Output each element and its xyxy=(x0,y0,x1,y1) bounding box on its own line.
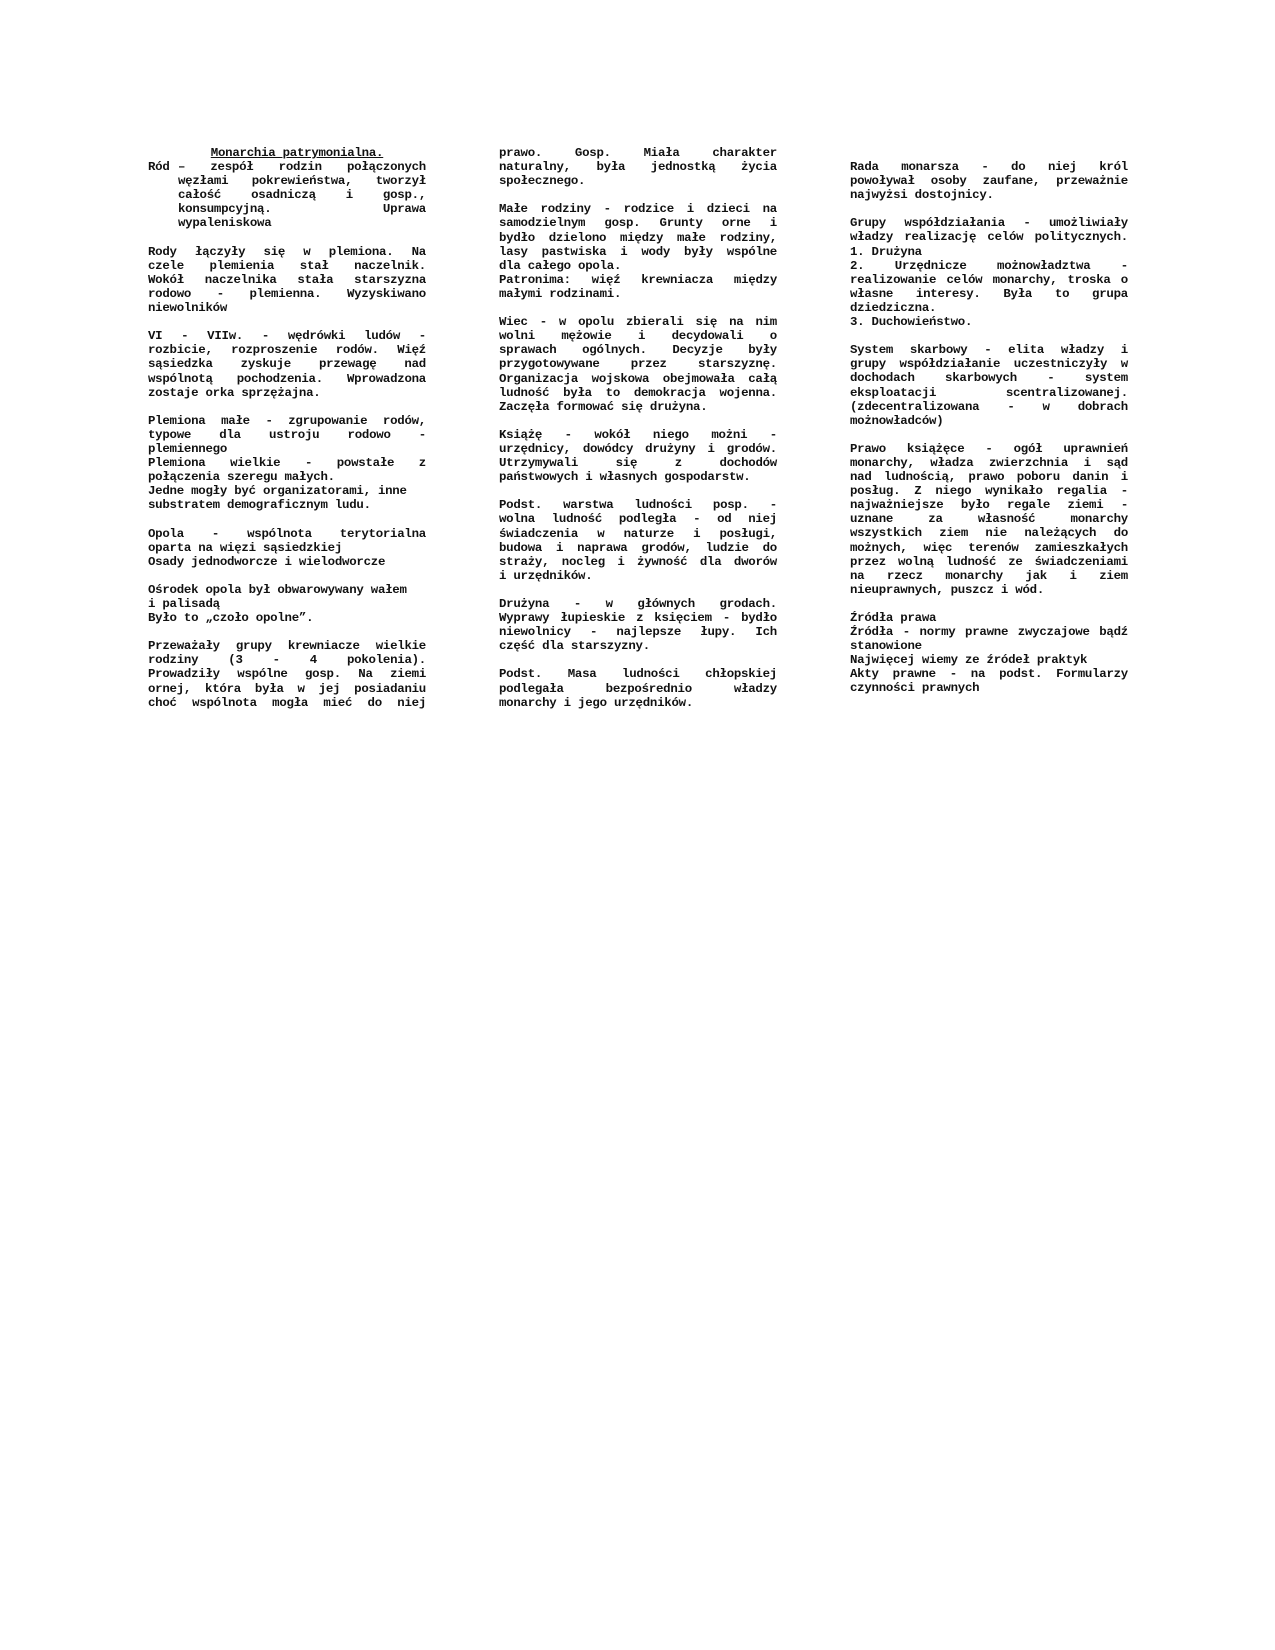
text-line: Prowadziły wspólne gosp. Na ziemi xyxy=(148,667,426,681)
text-line: sprawach ogólnych. Decyzje były xyxy=(499,343,777,357)
text-line: społecznego. xyxy=(499,174,777,188)
text-line: choć wspólnota mogła mieć do niej xyxy=(148,696,426,710)
text-line: straży, nocleg i żywność dla dworów xyxy=(499,555,777,569)
text-line: sąsiedzka zyskuje przewagę nad xyxy=(148,357,426,371)
text-line: Wiec - w opolu zbierali się na nim xyxy=(499,315,777,329)
text-line: czynności prawnych xyxy=(850,681,1128,695)
text-line: (zdecentralizowana - w dobrach xyxy=(850,400,1128,414)
text-line: Podst. Masa ludności chłopskiej xyxy=(499,667,777,681)
definition-rod: Ród – zespół rodzin połączonych węzłami … xyxy=(148,160,426,230)
paragraph-osrodek: Ośrodek opola był obwarowywany wałem i p… xyxy=(148,583,426,625)
text-line: eksploatacji scentralizowanej. xyxy=(850,386,1128,400)
paragraph-druzyna: Drużyna - w głównych grodach. Wyprawy łu… xyxy=(499,597,777,653)
definition-body: – zespół rodzin połączonych węzłami pokr… xyxy=(178,160,426,230)
paragraph-plemiona: Plemiona małe - zgrupowanie rodów, typow… xyxy=(148,414,426,513)
text-line: dla całego opola. xyxy=(499,259,777,273)
text-line: najwyżsi dostojnicy. xyxy=(850,188,1128,202)
list-item-duchowienstwo: 3. Duchowieństwo. xyxy=(850,315,1128,329)
text-line: nad ludnością, prawo poboru danin i xyxy=(850,470,1128,484)
text-line: oparta na więzi sąsiedzkiej xyxy=(148,541,426,555)
paragraph-opola: Opola - wspólnota terytorialna oparta na… xyxy=(148,527,426,569)
text-line: ludność była to demokracja wojenna. xyxy=(499,386,777,400)
text-line: rodziny (3 - 4 pokolenia). xyxy=(148,653,426,667)
text-line: i urzędników. xyxy=(499,569,777,583)
text-line: najważniejsze było regale ziemi - xyxy=(850,498,1128,512)
text-line: Akty prawne - na podst. Formularzy xyxy=(850,667,1128,681)
text-line: węzłami pokrewieństwa, tworzył xyxy=(178,174,426,188)
text-line: wszystkich ziem nie należących do xyxy=(850,526,1128,540)
text-line: wypaleniskowa xyxy=(178,216,426,230)
definition-term: Ród xyxy=(148,160,178,230)
text-line: dziedziczna. xyxy=(850,301,1128,315)
text-line: Rada monarsza - do niej król xyxy=(850,160,1128,174)
text-line: Plemiona małe - zgrupowanie rodów, xyxy=(148,414,426,428)
paragraph-ksiaze: Książę - wokół niego możni - urzędnicy, … xyxy=(499,428,777,484)
text-line: grupy współdziałanie uczestniczyły w xyxy=(850,357,1128,371)
column-3: Rada monarsza - do niej król powoływał o… xyxy=(850,160,1128,710)
paragraph-wedrowki: VI - VIIw. - wędrówki ludów - rozbicie, … xyxy=(148,329,426,399)
text-line: Wokół naczelnika stała starszyzna xyxy=(148,273,426,287)
text-line: niewolników xyxy=(148,301,426,315)
paragraph-prawo: prawo. Gosp. Miała charakter naturalny, … xyxy=(499,146,777,188)
paragraph-rody: Rody łączyły się w plemiona. Na czele pl… xyxy=(148,245,426,315)
text-line: Plemiona wielkie - powstałe z xyxy=(148,456,426,470)
text-line: Ośrodek opola był obwarowywany wałem xyxy=(148,583,426,597)
text-line: ornej, która była w jej posiadaniu xyxy=(148,682,426,696)
text-line: przygotowywane przez starszyznę. xyxy=(499,357,777,371)
text-line: Rody łączyły się w plemiona. Na xyxy=(148,245,426,259)
text-line: świadczenia w naturze i posługi, xyxy=(499,527,777,541)
text-line: Grupy współdziałania - umożliwiały xyxy=(850,216,1128,230)
column-2: prawo. Gosp. Miała charakter naturalny, … xyxy=(499,146,777,724)
text-line: powoływał osoby zaufane, przeważnie xyxy=(850,174,1128,188)
text-line: realizowanie celów monarchy, troska o xyxy=(850,273,1128,287)
text-line: Drużyna - w głównych grodach. xyxy=(499,597,777,611)
text-line: na rzecz monarchy jak i ziem xyxy=(850,569,1128,583)
paragraph-prawo-ksiazece: Prawo książęce - ogół uprawnień monarchy… xyxy=(850,442,1128,597)
text-line: Jedne mogły być organizatorami, inne xyxy=(148,484,426,498)
text-line: możnowładców) xyxy=(850,414,1128,428)
text-line: władzy realizację celów politycznych. xyxy=(850,230,1128,244)
text-line: Wyprawy łupieskie z księciem - bydło xyxy=(499,611,777,625)
paragraph-system-skarbowy: System skarbowy - elita władzy i grupy w… xyxy=(850,343,1128,428)
paragraph-masa: Podst. Masa ludności chłopskiej podlegał… xyxy=(499,667,777,709)
text-line: małymi rodzinami. xyxy=(499,287,777,301)
text-line: Podst. warstwa ludności posp. - xyxy=(499,498,777,512)
paragraph-podst-warstwa: Podst. warstwa ludności posp. - wolna lu… xyxy=(499,498,777,583)
text-line: urzędnicy, dowódcy drużyny i grodów. xyxy=(499,442,777,456)
text-line: możnych, więc terenów zamieszkałych xyxy=(850,541,1128,555)
text-line: Opola - wspólnota terytorialna xyxy=(148,527,426,541)
text-line: naturalny, była jednostką życia xyxy=(499,160,777,174)
text-line: plemiennego xyxy=(148,442,426,456)
text-line: System skarbowy - elita władzy i xyxy=(850,343,1128,357)
text-line: Książę - wokół niego możni - xyxy=(499,428,777,442)
text-line: przez wolną ludność ze świadczeniami xyxy=(850,555,1128,569)
text-line: substratem demograficznym ludu. xyxy=(148,498,426,512)
text-line: Najwięcej wiemy ze źródeł praktyk xyxy=(850,653,1128,667)
text-line: samodzielnym gosp. Grunty orne i xyxy=(499,216,777,230)
text-line: stanowione xyxy=(850,639,1128,653)
text-line: Utrzymywali się z dochodów xyxy=(499,456,777,470)
column-1: Monarchia patrymonialna. Ród – zespół ro… xyxy=(148,146,426,724)
text-line: wolna ludność podległa - od niej xyxy=(499,512,777,526)
text-line: Organizacja wojskowa obejmowała całą xyxy=(499,372,777,386)
text-line: dochodach skarbowych - system xyxy=(850,371,1128,385)
text-line: prawo. Gosp. Miała charakter xyxy=(499,146,777,160)
text-line: Patronima: więź krewniacza między xyxy=(499,273,777,287)
text-line: całość osadniczą i gosp., xyxy=(178,188,426,202)
text-line: monarchy, władza zwierzchnia i sąd xyxy=(850,456,1128,470)
text-line: typowe dla ustroju rodowo - xyxy=(148,428,426,442)
text-line: uznane za własność monarchy xyxy=(850,512,1128,526)
list-item-druzyna: 1. Drużyna xyxy=(850,245,1128,259)
text-line: zostaje orka sprzężajna. xyxy=(148,386,426,400)
text-line: lasy pastwiska i wody były wspólne xyxy=(499,245,777,259)
text-line: posług. Z niego wynikało regalia - xyxy=(850,484,1128,498)
list-item-urzednicze: 2. Urzędnicze możnowładztwa - xyxy=(850,259,1128,273)
paragraph-rada: Rada monarsza - do niej król powoływał o… xyxy=(850,160,1128,202)
text-line: Było to „czoło opolne”. xyxy=(148,611,426,625)
text-line: monarchy i jego urzędników. xyxy=(499,696,777,710)
text-line: Małe rodziny - rodzice i dzieci na xyxy=(499,202,777,216)
text-line: – zespół rodzin połączonych xyxy=(178,160,426,174)
text-line: Prawo książęce - ogół uprawnień xyxy=(850,442,1128,456)
text-line: i palisadą xyxy=(148,597,426,611)
text-line: podlegała bezpośrednio władzy xyxy=(499,682,777,696)
text-line: konsumpcyjną. Uprawa xyxy=(178,202,426,216)
paragraph-wiec: Wiec - w opolu zbierali się na nim wolni… xyxy=(499,315,777,414)
text-line: wspólnotą pochodzenia. Wprowadzona xyxy=(148,372,426,386)
section-heading: Źródła prawa xyxy=(850,611,1128,625)
paragraph-grupy: Grupy współdziałania - umożliwiały władz… xyxy=(850,216,1128,329)
text-line: Osady jednodworcze i wielodworcze xyxy=(148,555,426,569)
text-line: czele plemienia stał naczelnik. xyxy=(148,259,426,273)
text-line: niewolnicy - najlepsze łupy. Ich xyxy=(499,625,777,639)
text-line: własne interesy. Była to grupa xyxy=(850,287,1128,301)
text-line: rozbicie, rozproszenie rodów. Więź xyxy=(148,343,426,357)
text-line: część dla starszyzny. xyxy=(499,639,777,653)
text-line: państwowych i własnych gospodarstw. xyxy=(499,470,777,484)
text-line: wolni mężowie i decydowali o xyxy=(499,329,777,343)
paragraph-zrodla-prawa: Źródła prawa Źródła - normy prawne zwycz… xyxy=(850,611,1128,696)
text-line: Przeważały grupy krewniacze wielkie xyxy=(148,639,426,653)
text-line: budowa i naprawa grodów, ludzie do xyxy=(499,541,777,555)
text-line: rodowo - plemienna. Wyzyskiwano xyxy=(148,287,426,301)
text-line: Źródła - normy prawne zwyczajowe bądź xyxy=(850,625,1128,639)
document-page: Monarchia patrymonialna. Ród – zespół ro… xyxy=(0,0,1275,1650)
document-title: Monarchia patrymonialna. xyxy=(148,146,426,160)
text-line: Zaczęła formować się drużyna. xyxy=(499,400,777,414)
text-line: nieuprawnych, puszcz i wód. xyxy=(850,583,1128,597)
text-line: VI - VIIw. - wędrówki ludów - xyxy=(148,329,426,343)
text-line: połączenia szeregu małych. xyxy=(148,470,426,484)
paragraph-male-rodziny: Małe rodziny - rodzice i dzieci na samod… xyxy=(499,202,777,301)
paragraph-przewazaly: Przeważały grupy krewniacze wielkie rodz… xyxy=(148,639,426,709)
text-line: bydło dzielono między małe rodziny, xyxy=(499,231,777,245)
